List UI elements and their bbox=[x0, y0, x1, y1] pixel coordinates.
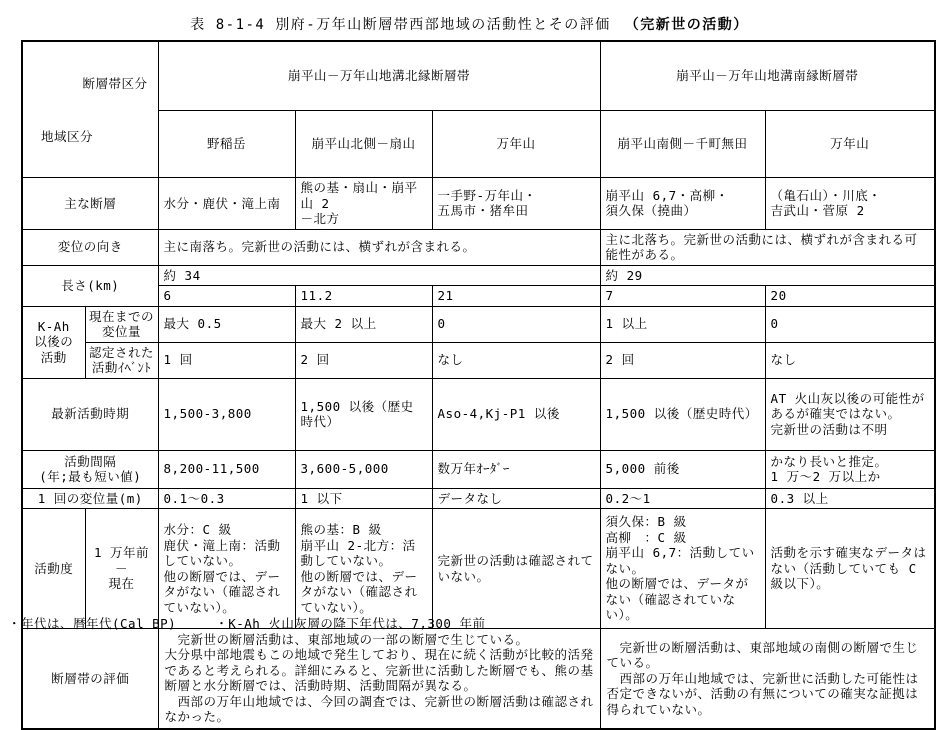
kah-displacement-cell-2: 最大 2 以上 bbox=[295, 306, 432, 342]
latest-activity-cell-1: 1,500-3,800 bbox=[158, 378, 295, 450]
row-interval: 活動間隔 (年;最も短い値) 8,200-11,500 3,600-5,000 … bbox=[22, 450, 935, 488]
main-faults-cell-2: 熊の基・扇山・崩平山 2 －北方 bbox=[295, 178, 432, 230]
slip-cell-2: 1 以下 bbox=[295, 488, 432, 509]
row-label-kah-displacement: 現在までの変位量 bbox=[85, 306, 158, 342]
corner-cell: 断層帯区分 地域区分 bbox=[22, 41, 158, 178]
table-title-suffix: （完新世の活動） bbox=[625, 17, 749, 33]
row-main-faults: 主な断層 水分・鹿伏・滝上南 熊の基・扇山・崩平山 2 －北方 一手野-万年山・… bbox=[22, 178, 935, 230]
length-cell-3: 21 bbox=[432, 286, 600, 307]
interval-cell-2: 3,600-5,000 bbox=[295, 450, 432, 488]
length-cell-2: 11.2 bbox=[295, 286, 432, 307]
row-label-displacement-direction: 変位の向き bbox=[22, 229, 158, 265]
row-label-kah-group: K-Ah 以後の 活動 bbox=[22, 306, 85, 378]
activity-level-cell-5: 活動を示す確実なデータはない（活動していても C 級以下）。 bbox=[765, 509, 935, 629]
kah-displacement-cell-3: 0 bbox=[432, 306, 600, 342]
interval-cell-5: かなり長いと推定。 1 万～2 万以上か bbox=[765, 450, 935, 488]
row-label-activity-level: 活動度 bbox=[22, 509, 85, 629]
length-cell-4: 7 bbox=[600, 286, 765, 307]
interval-cell-1: 8,200-11,500 bbox=[158, 450, 295, 488]
latest-activity-cell-3: Aso-4,Kj-P1 以後 bbox=[432, 378, 600, 450]
row-label-activity-period: 1 万年前－ 現在 bbox=[85, 509, 158, 629]
evaluation-east: 完新世の断層活動は、東部地域の南側の断層で生じている。 西部の万年山地域では、完… bbox=[600, 629, 935, 729]
region-header-kuzuharayama-south: 崩平山南側－千町無田 bbox=[600, 111, 765, 178]
interval-cell-3: 数万年ｵｰﾀﾞｰ bbox=[432, 450, 600, 488]
row-label-latest-activity: 最新活動時期 bbox=[22, 378, 158, 450]
interval-cell-4: 5,000 前後 bbox=[600, 450, 765, 488]
latest-activity-cell-4: 1,500 以後（歴史時代） bbox=[600, 378, 765, 450]
activity-level-cell-4: 須久保：B 級 高柳 ：C 級 崩平山 6,7：活動していない。 他の断層では、… bbox=[600, 509, 765, 629]
main-faults-cell-4: 崩平山 6,7・高柳・ 須久保（撓曲） bbox=[600, 178, 765, 230]
corner-label-fault-zone: 断層帯区分 bbox=[23, 73, 158, 98]
length-total-east: 約 29 bbox=[600, 265, 935, 286]
region-header-kuzuharayama-north: 崩平山北側－扇山 bbox=[295, 111, 432, 178]
region-header-noinedake: 野稲岳 bbox=[158, 111, 295, 178]
kah-displacement-cell-4: 1 以上 bbox=[600, 306, 765, 342]
row-label-slip-per-event: 1 回の変位量(m) bbox=[22, 488, 158, 509]
row-slip-per-event: 1 回の変位量(m) 0.1～0.3 1 以下 データなし 0.2～1 0.3 … bbox=[22, 488, 935, 509]
group-header-south: 崩平山－万年山地溝南縁断層帯 bbox=[600, 41, 935, 111]
length-total-west: 約 34 bbox=[158, 265, 600, 286]
latest-activity-cell-2: 1,500 以後（歴史時代） bbox=[295, 378, 432, 450]
kah-events-cell-5: なし bbox=[765, 342, 935, 378]
activity-level-cell-1: 水分：C 級 鹿伏・滝上南：活動していない。 他の断層では、データがない（確認さ… bbox=[158, 509, 295, 629]
slip-cell-4: 0.2～1 bbox=[600, 488, 765, 509]
main-faults-cell-1: 水分・鹿伏・滝上南 bbox=[158, 178, 295, 230]
header-row-regions: 野稲岳 崩平山北側－扇山 万年山 崩平山南側－千町無田 万年山 bbox=[22, 111, 935, 178]
kah-events-cell-3: なし bbox=[432, 342, 600, 378]
length-cell-5: 20 bbox=[765, 286, 935, 307]
row-label-main-faults: 主な断層 bbox=[22, 178, 158, 230]
length-cell-1: 6 bbox=[158, 286, 295, 307]
corner-label-region: 地域区分 bbox=[23, 129, 158, 147]
row-label-interval: 活動間隔 (年;最も短い値) bbox=[22, 450, 158, 488]
activity-level-cell-3: 完新世の活動は確認されていない。 bbox=[432, 509, 600, 629]
table-title: 表 8-1-4 別府-万年山断層帯西部地域の活動性とその評価（完新世の活動） bbox=[0, 14, 939, 34]
row-kah-events: 認定された活動ｲﾍﾞﾝﾄ 1 回 2 回 なし 2 回 なし bbox=[22, 342, 935, 378]
row-latest-activity: 最新活動時期 1,500-3,800 1,500 以後（歴史時代） Aso-4,… bbox=[22, 378, 935, 450]
slip-cell-5: 0.3 以上 bbox=[765, 488, 935, 509]
kah-events-cell-2: 2 回 bbox=[295, 342, 432, 378]
main-faults-cell-3: 一手野-万年山・ 五馬市・猪牟田 bbox=[432, 178, 600, 230]
displacement-direction-east: 主に北落ち。完新世の活動には、横ずれが含まれる可能性がある。 bbox=[600, 229, 935, 265]
row-label-evaluation: 断層帯の評価 bbox=[22, 629, 158, 729]
row-length-total: 長さ(km) 約 34 約 29 bbox=[22, 265, 935, 286]
evaluation-west: 完新世の断層活動は、東部地域の一部の断層で生じている。 大分県中部地震もこの地域… bbox=[158, 629, 600, 729]
group-header-north: 崩平山－万年山地溝北縁断層帯 bbox=[158, 41, 600, 111]
row-label-kah-events: 認定された活動ｲﾍﾞﾝﾄ bbox=[85, 342, 158, 378]
region-header-hanejama-south: 万年山 bbox=[765, 111, 935, 178]
row-displacement-direction: 変位の向き 主に南落ち。完新世の活動には、横ずれが含まれる。 主に北落ち。完新世… bbox=[22, 229, 935, 265]
footnote: ・年代は、暦年代(Cal BP) ・K-Ah 火山灰層の降下年代は、7,300 … bbox=[8, 614, 486, 632]
main-faults-cell-5: （亀石山）・川底・ 吉武山・菅原 2 bbox=[765, 178, 935, 230]
row-activity-level: 活動度 1 万年前－ 現在 水分：C 級 鹿伏・滝上南：活動していない。 他の断… bbox=[22, 509, 935, 629]
slip-cell-1: 0.1～0.3 bbox=[158, 488, 295, 509]
kah-displacement-cell-5: 0 bbox=[765, 306, 935, 342]
header-row-groups: 断層帯区分 地域区分 崩平山－万年山地溝北縁断層帯 崩平山－万年山地溝南縁断層帯 bbox=[22, 41, 935, 111]
row-evaluation: 断層帯の評価 完新世の断層活動は、東部地域の一部の断層で生じている。 大分県中部… bbox=[22, 629, 935, 729]
latest-activity-cell-5: AT 火山灰以後の可能性があるが確実ではない。 完新世の活動は不明 bbox=[765, 378, 935, 450]
kah-events-cell-4: 2 回 bbox=[600, 342, 765, 378]
row-kah-displacement: K-Ah 以後の 活動 現在までの変位量 最大 0.5 最大 2 以上 0 1 … bbox=[22, 306, 935, 342]
displacement-direction-west: 主に南落ち。完新世の活動には、横ずれが含まれる。 bbox=[158, 229, 600, 265]
region-header-hanejama-north: 万年山 bbox=[432, 111, 600, 178]
kah-displacement-cell-1: 最大 0.5 bbox=[158, 306, 295, 342]
table-title-main: 表 8-1-4 別府-万年山断層帯西部地域の活動性とその評価 bbox=[190, 17, 610, 33]
row-label-length: 長さ(km) bbox=[22, 265, 158, 306]
kah-events-cell-1: 1 回 bbox=[158, 342, 295, 378]
row-length-values: 6 11.2 21 7 20 bbox=[22, 286, 935, 307]
slip-cell-3: データなし bbox=[432, 488, 600, 509]
activity-level-cell-2: 熊の基：B 級 崩平山 2-北方：活動していない。 他の断層では、データがない（… bbox=[295, 509, 432, 629]
